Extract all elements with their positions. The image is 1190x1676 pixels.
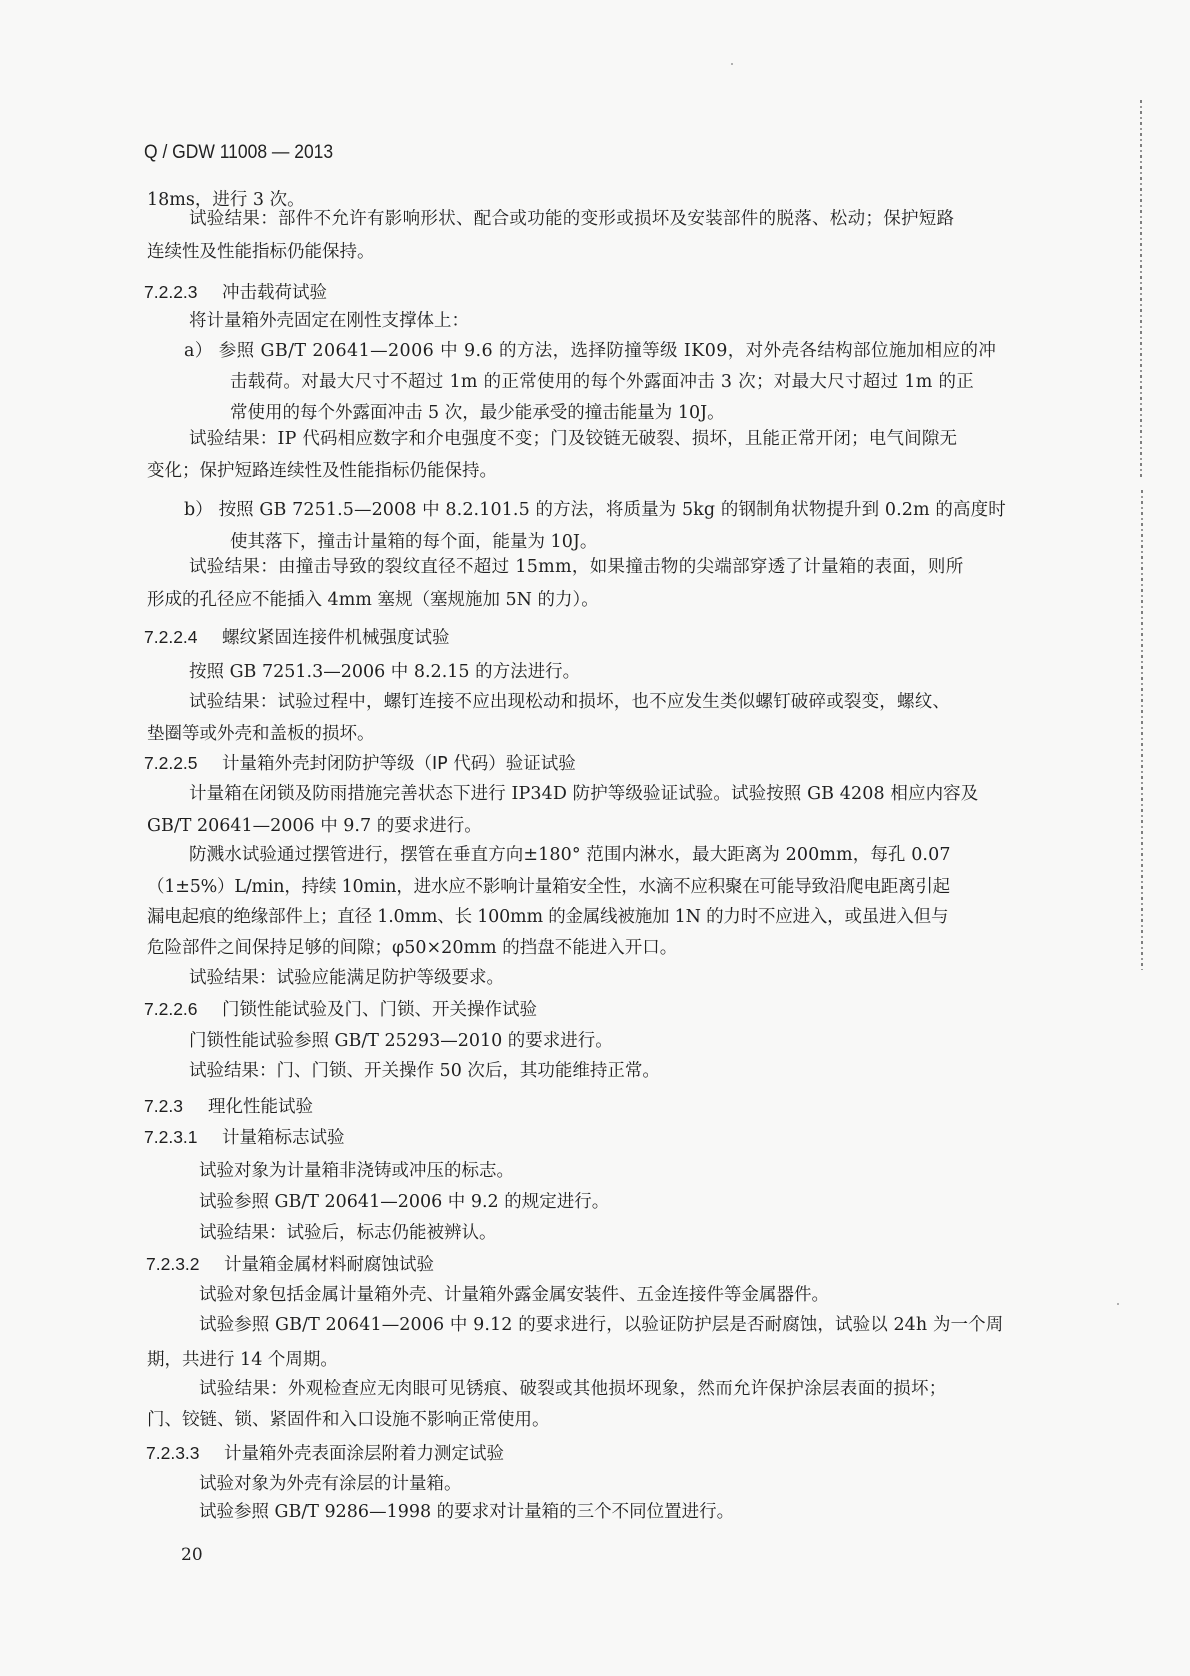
list-item-b: b） 按照 GB 7251.5—2008 中 8.2.101.5 的方法，将质量… [184,498,1006,522]
body-line: 危险部件之间保持足够的间隙；φ50×20mm 的挡盘不能进入开口。 [147,936,677,960]
body-line: 试验对象包括金属计量箱外壳、计量箱外露金属安装件、五金连接件等金属器件。 [199,1283,829,1307]
body-line: 试验结果：外观检查应无肉眼可见锈痕、破裂或其他损坏现象，然而允许保护涂层表面的损… [199,1377,947,1401]
body-line: 使其落下，撞击计量箱的每个面，能量为 10J。 [230,530,597,554]
body-line: 门、铰链、锁、紧固件和入口设施不影响正常使用。 [147,1408,550,1432]
section-number: 7.2.3 [144,1094,208,1118]
section-heading-7-2-2-4: 7.2.2.4螺纹紧固连接件机械强度试验 [144,625,450,650]
section-number: 7.2.3.3 [146,1441,224,1465]
body-line: （1±5%）L/min，持续 10min，进水应不影响计量箱安全性，水滴不应积聚… [147,875,950,899]
section-number: 7.2.3.1 [144,1125,222,1149]
section-number: 7.2.2.4 [144,625,222,649]
section-title: 计量箱金属材料耐腐蚀试验 [224,1255,434,1275]
document-code-header: Q / GDW 11008 — 2013 [144,142,333,164]
section-title: 计量箱外壳表面涂层附着力测定试验 [224,1444,504,1464]
body-line: 门锁性能试验参照 GB/T 25293—2010 的要求进行。 [189,1029,613,1053]
body-line: 计量箱在闭锁及防雨措施完善状态下进行 IP34D 防护等级验证试验。试验按照 G… [189,782,978,806]
body-line: 试验结果：IP 代码相应数字和介电强度不变；门及铰链无破裂、损坏，且能正常开闭；… [189,427,957,451]
body-line: 试验结果：由撞击导致的裂纹直径不超过 15mm，如果撞击物的尖端部穿透了计量箱的… [189,555,964,579]
body-line: 将计量箱外壳固定在刚性支撑体上： [189,309,469,333]
body-line: 试验结果：试验应能满足防护等级要求。 [189,966,504,990]
body-line: 试验参照 GB/T 20641—2006 中 9.12 的要求进行，以验证防护层… [199,1313,1003,1337]
body-line: GB/T 20641—2006 中 9.7 的要求进行。 [147,814,482,838]
section-heading-7-2-3-2: 7.2.3.2计量箱金属材料耐腐蚀试验 [146,1252,434,1277]
section-title: 计量箱标志试验 [222,1128,345,1148]
section-heading-7-2-2-6: 7.2.2.6门锁性能试验及门、门锁、开关操作试验 [144,997,537,1022]
body-line: 试验结果：门、门锁、开关操作 50 次后，其功能维持正常。 [189,1059,660,1083]
scan-speck [1117,1303,1119,1305]
body-line: 试验结果：试验后，标志仍能被辨认。 [199,1221,497,1245]
document-page: Q / GDW 11008 — 2013 18ms，进行 3 次。 试验结果：部… [0,0,1190,1676]
section-heading-7-2-2-3: 7.2.2.3冲击载荷试验 [144,280,327,305]
body-line: 常使用的每个外露面冲击 5 次，最少能承受的撞击能量为 10J。 [230,401,725,425]
body-line: 试验结果：部件不允许有影响形状、配合或功能的变形或损坏及安装部件的脱落、松动；保… [189,207,954,231]
body-line: 连续性及性能指标仍能保持。 [147,240,375,264]
body-line: 击载荷。对最大尺寸不超过 1m 的正常使用的每个外露面冲击 3 次；对最大尺寸超… [230,370,974,394]
scan-binding-edge [1140,100,1142,480]
body-line: 试验结果：试验过程中，螺钉连接不应出现松动和损坏，也不应发生类似螺钉破碎或裂变，… [189,690,950,714]
section-title: 门锁性能试验及门、门锁、开关操作试验 [222,1000,537,1020]
section-number: 7.2.2.6 [144,997,222,1021]
list-item-a: a） 参照 GB/T 20641—2006 中 9.6 的方法，选择防撞等级 I… [184,339,996,363]
section-title: 螺纹紧固连接件机械强度试验 [222,628,450,648]
section-number: 7.2.2.3 [144,280,222,304]
section-heading-7-2-2-5: 7.2.2.5计量箱外壳封闭防护等级（IP 代码）验证试验 [144,751,576,776]
body-line: 防溅水试验通过摆管进行，摆管在垂直方向±180° 范围内淋水，最大距离为 200… [189,843,951,867]
page-number: 20 [181,1545,203,1565]
body-line: 试验参照 GB/T 9286—1998 的要求对计量箱的三个不同位置进行。 [199,1500,734,1524]
scan-speck [731,63,733,65]
section-number: 7.2.3.2 [146,1252,224,1276]
section-title: 冲击载荷试验 [222,283,327,303]
section-heading-7-2-3-3: 7.2.3.3计量箱外壳表面涂层附着力测定试验 [146,1441,504,1466]
section-heading-7-2-3-1: 7.2.3.1计量箱标志试验 [144,1125,345,1150]
body-line: 漏电起痕的绝缘部件上；直径 1.0mm、长 100mm 的金属线被施加 1N 的… [147,905,948,929]
body-line: 试验对象为计量箱非浇铸或冲压的标志。 [199,1159,514,1183]
section-heading-7-2-3: 7.2.3理化性能试验 [144,1094,313,1119]
body-line: 形成的孔径应不能插入 4mm 塞规（塞规施加 5N 的力）。 [147,588,599,612]
scan-binding-edge [1141,490,1143,970]
section-title: 理化性能试验 [208,1097,313,1117]
body-line: 按照 GB 7251.3—2006 中 8.2.15 的方法进行。 [189,660,580,684]
body-line: 试验参照 GB/T 20641—2006 中 9.2 的规定进行。 [199,1190,609,1214]
section-number: 7.2.2.5 [144,751,222,775]
body-line: 垫圈等或外壳和盖板的损坏。 [147,722,375,746]
section-title: 计量箱外壳封闭防护等级（IP 代码）验证试验 [222,754,576,774]
body-line: 试验对象为外壳有涂层的计量箱。 [199,1472,462,1496]
body-line: 变化；保护短路连续性及性能指标仍能保持。 [147,459,497,483]
body-line: 期，共进行 14 个周期。 [147,1348,338,1372]
